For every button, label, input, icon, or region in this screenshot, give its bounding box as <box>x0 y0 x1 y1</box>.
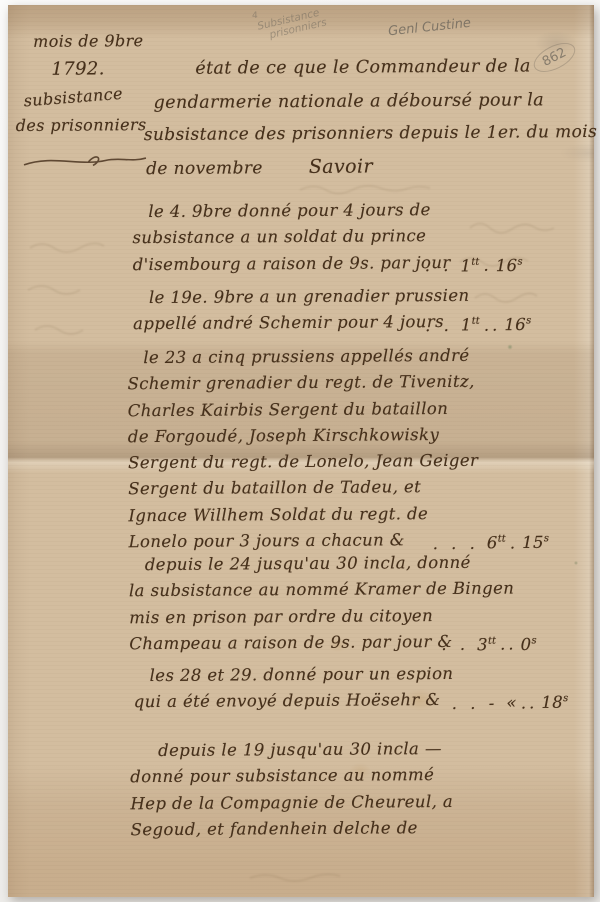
amount: . .1tt.16s <box>425 249 523 279</box>
manuscript-line: Sergent du regt. de Lonelo, Jean Geiger <box>128 447 598 477</box>
heading-paragraph: état de ce que le Commandeur de la genda… <box>0 0 597 2</box>
manuscript-line: depuis le 19 jusqu'au 30 incla — <box>158 735 600 764</box>
manuscript-line: Ignace Willhem Soldat du regt. de <box>128 500 598 530</box>
margin-docket-month: mois de 9bre <box>33 31 143 51</box>
margin-docket-subject-line1: subsistance <box>23 84 124 111</box>
ledger-entry: les 28 et 29. donné pour un espionqui a … <box>133 660 600 716</box>
manuscript-line: de Forgoudé, Joseph Kirschkowisky <box>128 421 598 451</box>
manuscript-line: Segoud, et fandenhein delche de <box>131 814 600 844</box>
heading-line-1: état de ce que le Commandeur de la <box>195 56 531 78</box>
manuscript-line: donné pour subsistance au nommé <box>130 761 600 791</box>
manuscript-line: d'isembourg a raison de 9s. par jour. .1… <box>133 248 600 278</box>
manuscript-line: appellé andré Schemir pour 4 jours. .1tt… <box>133 308 600 338</box>
pencil-small-mark: 4 <box>252 11 258 21</box>
manuscript-line: Hep de la Compagnie de Cheureul, a <box>130 788 600 818</box>
manuscript-line: la subsistance au nommé Kramer de Bingen <box>129 575 599 605</box>
manuscript-line: les 28 et 29. donné pour un espion <box>149 660 600 689</box>
margin-docket-year: 1792. <box>51 58 105 79</box>
manuscript-line: depuis le 24 jusqu'au 30 incla, donné <box>145 549 599 578</box>
pen-flourish <box>18 149 158 174</box>
manuscript-line: mis en prison par ordre du citoyen <box>129 602 599 632</box>
manuscript-line: le 19e. 9bre a un grenadier prussien <box>149 282 600 311</box>
manuscript-line: Charles Kairbis Sergent du bataillon <box>128 395 598 425</box>
ledger-entry: le 19e. 9bre a un grenadier prussienappe… <box>133 282 600 338</box>
manuscript-line: Schemir grenadier du regt. de Tivenitz, <box>127 368 597 398</box>
manuscript-line: Champeau a raison de 9s. par jour &. .3t… <box>129 628 599 658</box>
amount: . . -«..18s <box>452 686 569 717</box>
manuscript-line: qui a été envoyé depuis Hoësehr &. . -«.… <box>134 686 600 716</box>
heading-line-4: de novembreSavoir <box>146 155 373 179</box>
manuscript-line: subsistance a un soldat du prince <box>132 222 600 252</box>
manuscript-line: le 4. 9bre donné pour 4 jours de <box>148 196 600 225</box>
margin-docket: mois de 9bre 1792. subsistance des priso… <box>0 0 597 2</box>
ledger-entry: depuis le 24 jusqu'au 30 incla, donnéla … <box>129 549 600 657</box>
amount: . .3tt..0s <box>441 628 536 658</box>
manuscript-line: Sergent du bataillon de Tadeu, et <box>128 473 598 503</box>
ledger-entry: le 4. 9bre donné pour 4 jours desubsista… <box>132 196 600 278</box>
margin-docket-subject-line2: des prisonniers <box>16 115 147 135</box>
heading-line-3: subsistance des prisonniers depuis le 1e… <box>144 122 598 145</box>
heading-date: de novembre <box>146 158 263 179</box>
manuscript-line: le 23 a cinq prussiens appellés andré <box>143 342 597 371</box>
ledger-entry: le 23 a cinq prussiens appellés andréSch… <box>127 342 598 556</box>
savoir-word: Savoir <box>309 155 373 177</box>
photograph-of-manuscript: mois de 9bre 1792. subsistance des priso… <box>0 0 600 902</box>
handwriting-layer: mois de 9bre 1792. subsistance des priso… <box>0 0 600 902</box>
ledger-entry: depuis le 19 jusqu'au 30 incla —donné po… <box>130 735 600 843</box>
entries: le 4. 9bre donné pour 4 jours desubsista… <box>0 0 597 2</box>
heading-line-2: gendarmerie nationale a déboursé pour la <box>153 90 544 113</box>
amount: . .1tt..16s <box>425 309 531 340</box>
